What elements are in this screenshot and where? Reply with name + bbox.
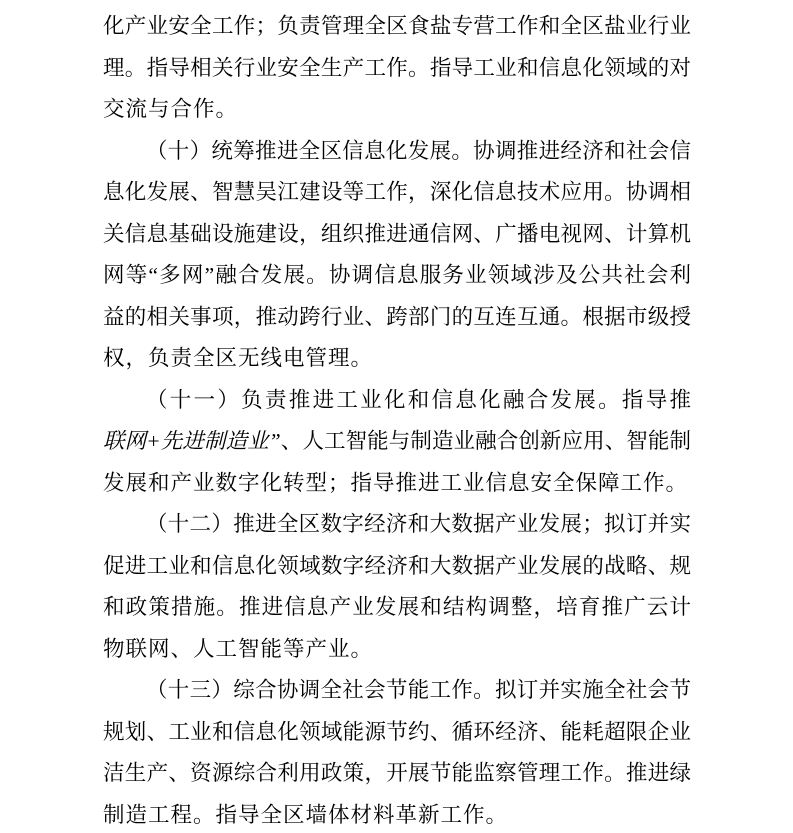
- text-segment: 网等“多网”融合发展。协调信息服务业领域涉及公共社会利: [103, 263, 691, 287]
- paragraph-1: 化产业安全工作；负责管理全区食盐专营工作和全区盐业行业管理。指导相关行业安全生产…: [103, 6, 691, 131]
- paragraph-5: （十三）综合协调全社会节能工作。拟订并实施全社会节能规划、工业和信息化领域能源节…: [103, 670, 691, 833]
- text-line: （十一）负责推进工业化和信息化融合发展。指导推进“互: [103, 380, 691, 422]
- text-line: 联网+先进制造业”、人工智能与制造业融合创新应用、智能制造: [103, 421, 691, 463]
- text-line: 物联网、人工智能等产业。: [103, 629, 691, 671]
- text-line: 理。指导相关行业安全生产工作。指导工业和信息化领域的对外: [103, 48, 691, 90]
- paragraph-3: （十一）负责推进工业化和信息化融合发展。指导推进“互联网+先进制造业”、人工智能…: [103, 380, 691, 505]
- text-line: 网等“多网”融合发展。协调信息服务业领域涉及公共社会利: [103, 255, 691, 297]
- text-segment: （十）统筹推进全区信息化发展。协调推进经济和社会信: [146, 139, 691, 163]
- text-segment: 关信息基础设施建设，组织推进通信网、广播电视网、计算机: [103, 222, 691, 246]
- text-segment: （十二）推进全区数字经济和大数据产业发展；拟订并实施: [103, 512, 691, 546]
- text-segment: 权，负责全区无线电管理。: [103, 346, 373, 370]
- text-line: 息化发展、智慧吴江建设等工作，深化信息技术应用。协调相: [103, 172, 691, 214]
- text-segment: 发展和产业数字化转型；指导推进工业信息安全保障工作。: [103, 471, 688, 495]
- text-line: （十）统筹推进全区信息化发展。协调推进经济和社会信: [103, 131, 691, 173]
- text-line: 交流与合作。: [103, 89, 691, 131]
- text-segment: 和政策措施。推进信息产业发展和结构调整，培育推广云计算、: [103, 595, 691, 629]
- text-segment: 益的相关事项，推动跨行业、跨部门的互连互通。根据市级授: [103, 305, 691, 329]
- text-line: 权，负责全区无线电管理。: [103, 338, 691, 380]
- document-body: 化产业安全工作；负责管理全区食盐专营工作和全区盐业行业管理。指导相关行业安全生产…: [103, 6, 691, 833]
- text-line: 和政策措施。推进信息产业发展和结构调整，培育推广云计算、: [103, 587, 691, 629]
- text-line: 洁生产、资源综合利用政策，开展节能监察管理工作。推进绿色: [103, 753, 691, 795]
- text-line: 规划、工业和信息化领域能源节约、循环经济、能耗超限企业清: [103, 712, 691, 754]
- quoted-italic-text: 联网+先进制造业”: [103, 429, 281, 453]
- text-line: 化产业安全工作；负责管理全区食盐专营工作和全区盐业行业管: [103, 6, 691, 48]
- paragraph-4: （十二）推进全区数字经济和大数据产业发展；拟订并实施促进工业和信息化领域数字经济…: [103, 504, 691, 670]
- text-line: 促进工业和信息化领域数字经济和大数据产业发展的战略、规划: [103, 546, 691, 588]
- text-segment: 交流与合作。: [103, 97, 238, 121]
- text-segment: （十三）综合协调全社会节能工作。拟订并实施全社会节能: [103, 678, 691, 712]
- text-segment: 息化发展、智慧吴江建设等工作，深化信息技术应用。协调相: [103, 180, 691, 204]
- text-segment: 规划、工业和信息化领域能源节约、循环经济、能耗超限企业清: [103, 720, 691, 754]
- document-page: 化产业安全工作；负责管理全区食盐专营工作和全区盐业行业管理。指导相关行业安全生产…: [0, 0, 793, 833]
- text-line: （十三）综合协调全社会节能工作。拟订并实施全社会节能: [103, 670, 691, 712]
- text-line: 关信息基础设施建设，组织推进通信网、广播电视网、计算机: [103, 214, 691, 256]
- paragraph-2: （十）统筹推进全区信息化发展。协调推进经济和社会信息化发展、智慧吴江建设等工作，…: [103, 131, 691, 380]
- text-line: 制造工程。指导全区墙体材料革新工作。: [103, 795, 691, 833]
- text-segment: 促进工业和信息化领域数字经济和大数据产业发展的战略、规划: [103, 554, 691, 588]
- text-segment: 制造工程。指导全区墙体材料革新工作。: [103, 803, 508, 827]
- text-line: 益的相关事项，推动跨行业、跨部门的互连互通。根据市级授: [103, 297, 691, 339]
- text-segment: 理。指导相关行业安全生产工作。指导工业和信息化领域的对外: [103, 56, 691, 90]
- text-segment: （十一）负责推进工业化和信息化融合发展。指导推进: [103, 388, 691, 422]
- text-line: （十二）推进全区数字经济和大数据产业发展；拟订并实施: [103, 504, 691, 546]
- text-line: 发展和产业数字化转型；指导推进工业信息安全保障工作。: [103, 463, 691, 505]
- text-segment: 化产业安全工作；负责管理全区食盐专营工作和全区盐业行业管: [103, 14, 691, 48]
- text-segment: 物联网、人工智能等产业。: [103, 637, 373, 661]
- text-segment: 洁生产、资源综合利用政策，开展节能监察管理工作。推进绿色: [103, 761, 691, 795]
